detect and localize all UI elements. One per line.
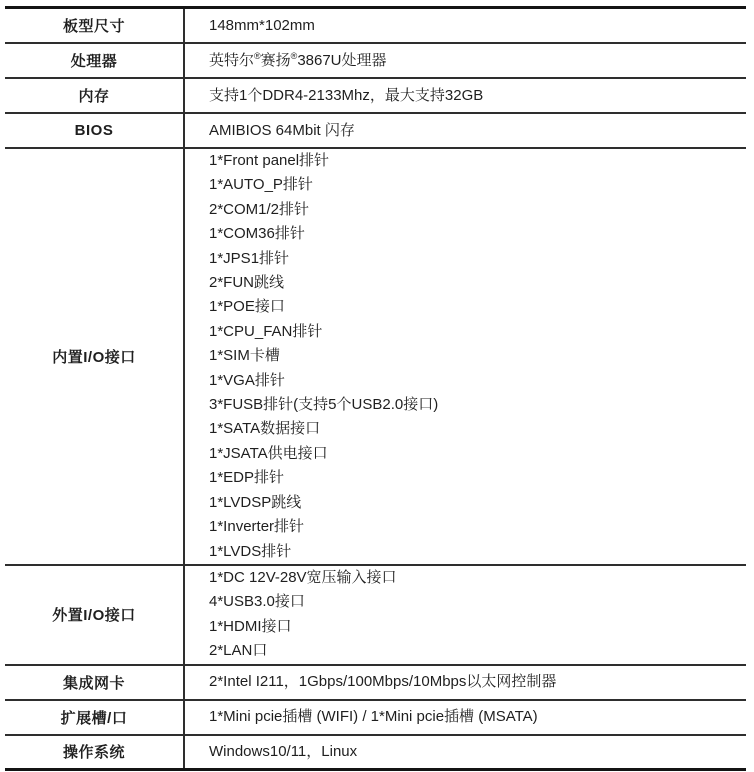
spec-value-line: 148mm*102mm [209,16,740,36]
spec-label: 扩展槽/口 [5,701,183,734]
spec-row: 集成网卡2*Intel I211，1Gbps/100Mbps/10Mbps以太网… [5,666,746,701]
spec-value: 148mm*102mm [183,9,746,42]
spec-table: 板型尺寸148mm*102mm处理器英特尔®赛扬®3867U处理器内存支持1个D… [5,6,746,771]
spec-value-line: 1*Front panel排针 [209,149,740,173]
spec-value-line: 1*COM36排针 [209,222,740,246]
spec-value: 1*DC 12V-28V宽压输入接口4*USB3.0接口1*HDMI接口2*LA… [183,566,746,664]
spec-value-line: 1*JSATA供电接口 [209,442,740,466]
spec-value: 2*Intel I211，1Gbps/100Mbps/10Mbps以太网控制器 [183,666,746,699]
spec-value-line: 1*SIM卡槽 [209,344,740,368]
spec-value-line: 1*LVDS排针 [209,540,740,564]
spec-row: 内置I/O接口1*Front panel排针1*AUTO_P排针2*COM1/2… [5,149,746,566]
spec-label: 集成网卡 [5,666,183,699]
spec-value-line: 2*LAN口 [209,639,740,663]
spec-value-line: Windows10/11，Linux [209,742,740,762]
spec-value-line: 1*POE接口 [209,295,740,319]
spec-value-line: 2*COM1/2排针 [209,198,740,222]
spec-value: AMIBIOS 64Mbit 闪存 [183,114,746,147]
spec-label: 内置I/O接口 [5,149,183,564]
spec-value-line: 3*FUSB排针(支持5个USB2.0接口) [209,393,740,417]
registered-trademark-mark: ® [291,51,298,61]
spec-label: 外置I/O接口 [5,566,183,664]
spec-value: Windows10/11，Linux [183,736,746,768]
spec-value-line: 2*FUN跳线 [209,271,740,295]
spec-label: 处理器 [5,44,183,77]
page: 板型尺寸148mm*102mm处理器英特尔®赛扬®3867U处理器内存支持1个D… [0,0,754,772]
spec-value-line: 1*Inverter排针 [209,515,740,539]
spec-value-line: 1*LVDSP跳线 [209,491,740,515]
spec-value-line: AMIBIOS 64Mbit 闪存 [209,121,740,141]
spec-value: 1*Mini pcie插槽 (WIFI) / 1*Mini pcie插槽 (MS… [183,701,746,734]
spec-label: 操作系统 [5,736,183,768]
spec-row: 处理器英特尔®赛扬®3867U处理器 [5,44,746,79]
spec-value-line: 1*CPU_FAN排针 [209,320,740,344]
spec-label: 板型尺寸 [5,9,183,42]
spec-row: 扩展槽/口1*Mini pcie插槽 (WIFI) / 1*Mini pcie插… [5,701,746,736]
spec-label: BIOS [5,114,183,147]
spec-value-line: 4*USB3.0接口 [209,590,740,614]
spec-value: 英特尔®赛扬®3867U处理器 [183,44,746,77]
spec-value-line: 1*DC 12V-28V宽压输入接口 [209,566,740,590]
spec-row: 操作系统Windows10/11，Linux [5,736,746,771]
spec-value-line: 1*JPS1排针 [209,247,740,271]
spec-value-line: 2*Intel I211，1Gbps/100Mbps/10Mbps以太网控制器 [209,672,740,692]
spec-label: 内存 [5,79,183,112]
spec-value-line: 1*HDMI接口 [209,615,740,639]
spec-row: 板型尺寸148mm*102mm [5,9,746,44]
spec-value-line: 支持1个DDR4-2133Mhz，最大支持32GB [209,86,740,106]
spec-row: BIOSAMIBIOS 64Mbit 闪存 [5,114,746,149]
registered-trademark-mark: ® [254,51,261,61]
spec-row: 外置I/O接口1*DC 12V-28V宽压输入接口4*USB3.0接口1*HDM… [5,566,746,666]
spec-value: 支持1个DDR4-2133Mhz，最大支持32GB [183,79,746,112]
spec-value-line: 1*VGA排针 [209,369,740,393]
spec-value-line: 英特尔®赛扬®3867U处理器 [209,51,740,71]
spec-value-line: 1*Mini pcie插槽 (WIFI) / 1*Mini pcie插槽 (MS… [209,707,740,727]
spec-value-line: 1*AUTO_P排针 [209,173,740,197]
spec-row: 内存支持1个DDR4-2133Mhz，最大支持32GB [5,79,746,114]
spec-value: 1*Front panel排针1*AUTO_P排针2*COM1/2排针1*COM… [183,149,746,564]
spec-value-line: 1*EDP排针 [209,466,740,490]
spec-value-line: 1*SATA数据接口 [209,417,740,441]
